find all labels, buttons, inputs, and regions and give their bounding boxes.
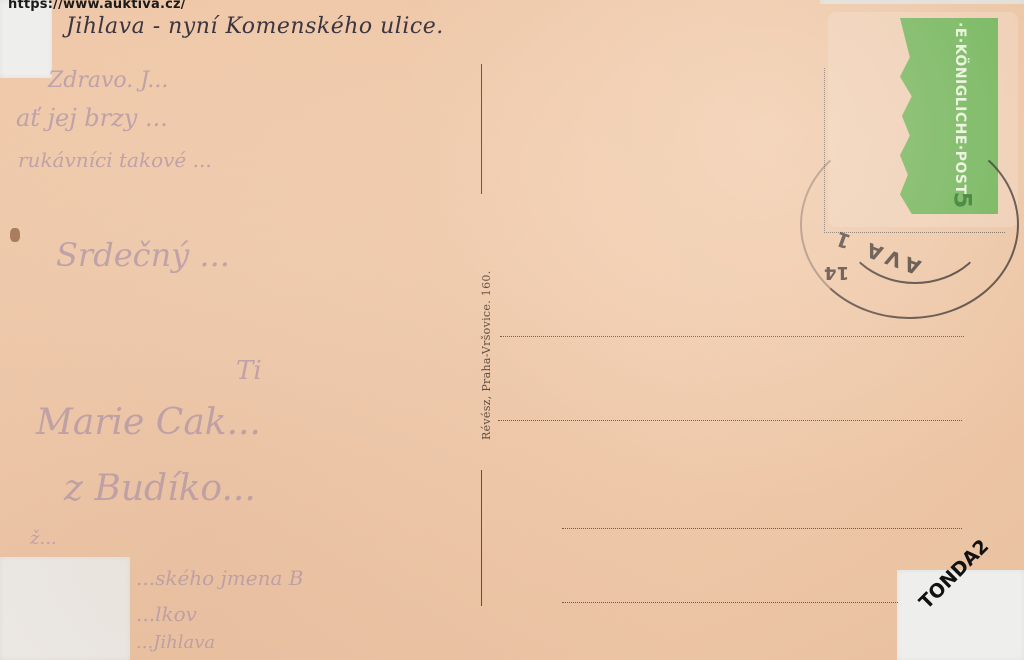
signature-line-1: Marie Cak... bbox=[36, 402, 261, 443]
address-line-3 bbox=[562, 528, 962, 529]
photo-mount-corner-bottom-left bbox=[0, 557, 130, 660]
paper-stain bbox=[10, 228, 20, 242]
signature-line-2: z Budíko... bbox=[64, 468, 256, 509]
postcard-back: https://www.auktiva.cz/ Jihlava - nyní K… bbox=[0, 0, 1024, 660]
handwritten-caption: Jihlava - nyní Komenského ulice. bbox=[66, 14, 444, 39]
postmark-year: 14 bbox=[824, 262, 849, 283]
message-line-3: rukávníci takové ... bbox=[18, 148, 212, 172]
message-line-a: ž... bbox=[30, 528, 57, 549]
photo-mount-edge-top-right bbox=[820, 0, 1024, 4]
publisher-imprint: Révész, Praha-Vršovice. 160. bbox=[480, 271, 493, 440]
message-greeting: Srdečný ... bbox=[56, 236, 230, 274]
address-line-2 bbox=[498, 420, 962, 421]
message-line-1: Zdravo. J... bbox=[48, 68, 168, 93]
message-line-to: Ti bbox=[236, 356, 262, 386]
source-url-watermark: https://www.auktiva.cz/ bbox=[8, 0, 186, 12]
center-divider-top bbox=[481, 64, 482, 194]
center-divider-bottom bbox=[481, 470, 482, 606]
address-line-1 bbox=[500, 336, 964, 337]
message-line-2: ať jej brzy ... bbox=[16, 104, 168, 132]
address-line-4 bbox=[562, 602, 898, 603]
message-line-b: ...ského jmena B bbox=[136, 566, 303, 590]
message-line-c: ...lkov bbox=[136, 602, 197, 626]
message-line-d: ...Jihlava bbox=[136, 632, 215, 653]
